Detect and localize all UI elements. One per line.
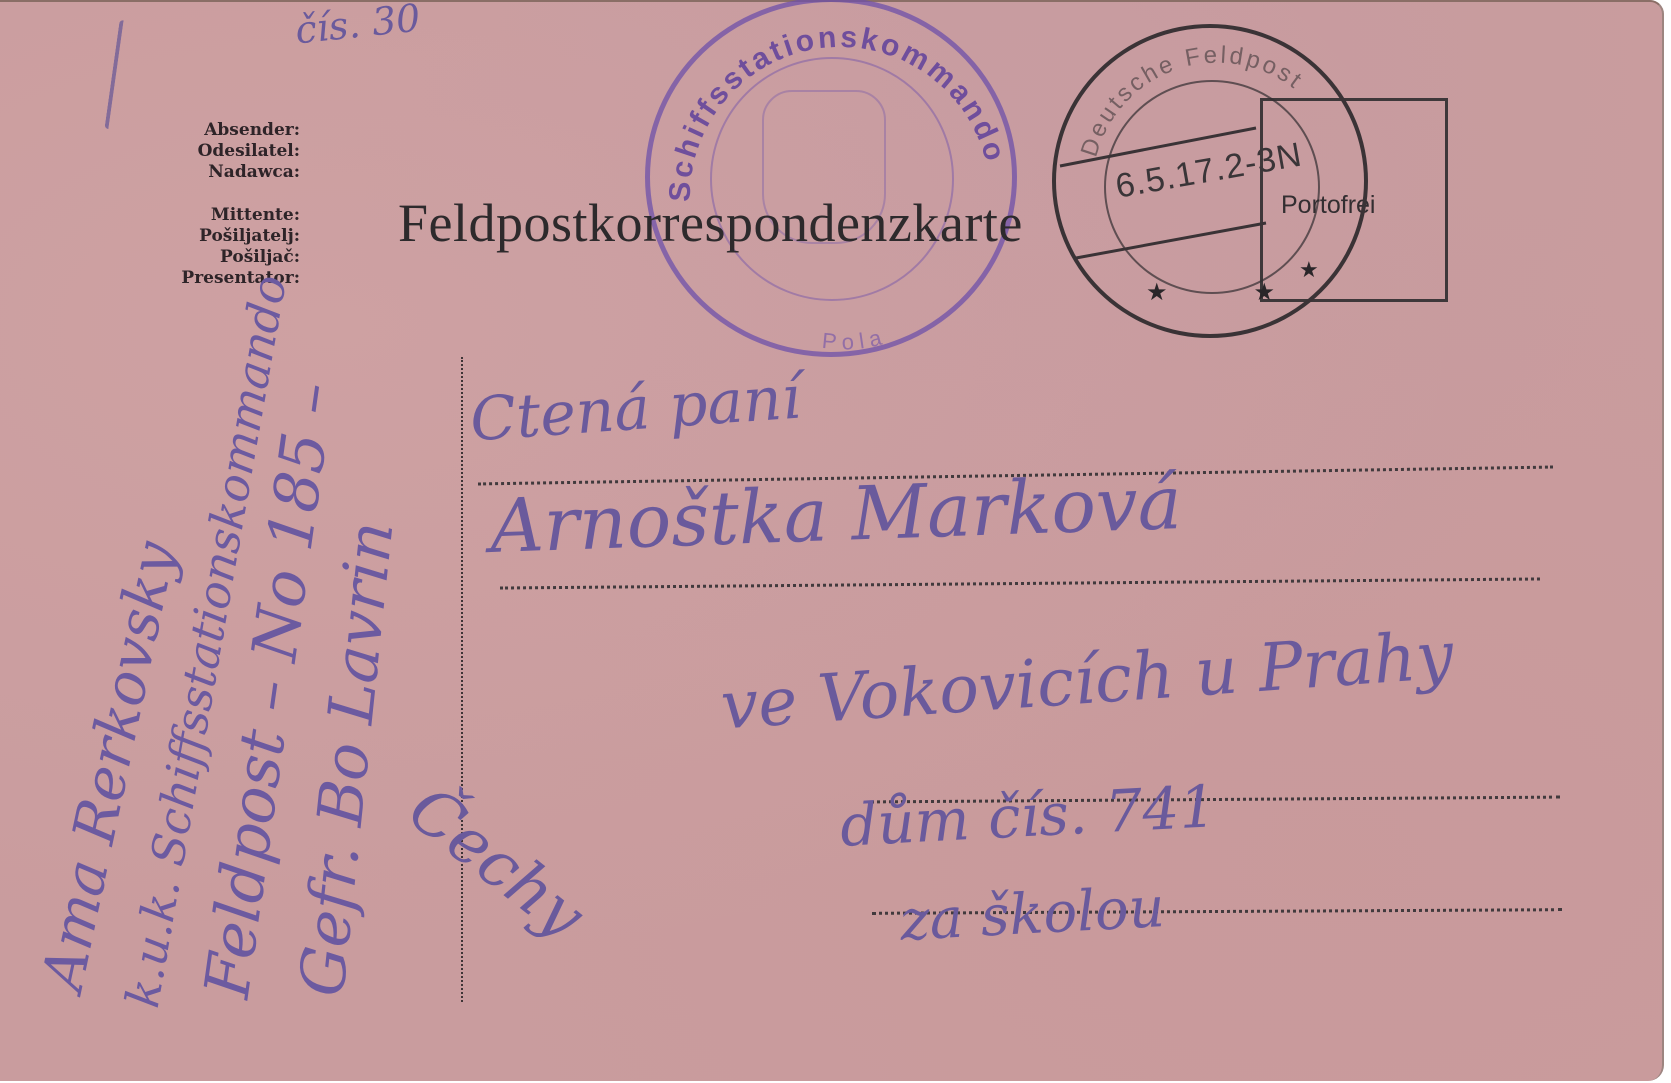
recipient-name: Arnoštka Marková xyxy=(489,460,1183,570)
recipient-house: dům čís. 741 xyxy=(838,772,1217,860)
recipient-note: za školou xyxy=(898,875,1166,954)
label-absender: Absender: xyxy=(135,120,300,141)
censor-stamp: Schiffsstationskommando Pola xyxy=(645,0,1017,357)
reference-number: čís. 30 xyxy=(293,0,422,52)
label-odesilatel: Odesilatel: xyxy=(135,141,300,162)
ink-stroke xyxy=(104,20,131,131)
label-posiljac: Pošiljač: xyxy=(135,247,300,268)
star-icon: ★ ★ xyxy=(1146,278,1315,307)
address-line-2 xyxy=(500,577,1540,589)
recipient-locality: ve Vokovicích u Prahy xyxy=(718,616,1455,744)
postmark: Deutsche Feldpost 6.5.17.2-3N ★ ★ xyxy=(1052,24,1368,338)
label-posiljatelj: Pošiljatelj: xyxy=(135,226,300,247)
recipient-region: Čechy xyxy=(394,772,597,953)
censor-stamp-text: Schiffsstationskommando Pola xyxy=(650,2,1022,362)
svg-text:Schiffsstationskommando: Schiffsstationskommando xyxy=(664,21,1012,203)
svg-text:Pola: Pola xyxy=(821,323,890,354)
postcard: čís. 30 Absender: Odesilatel: Nadawca: M… xyxy=(0,0,1664,1081)
salutation: Ctená paní xyxy=(468,363,803,456)
label-mittente: Mittente: xyxy=(135,205,300,226)
sender-labels: Absender: Odesilatel: Nadawca: Mittente:… xyxy=(135,120,300,289)
divider-line xyxy=(461,357,463,1002)
label-nadawca: Nadawca: xyxy=(135,162,300,183)
card-title: Feldpostkorrespondenzkarte xyxy=(398,192,1023,254)
